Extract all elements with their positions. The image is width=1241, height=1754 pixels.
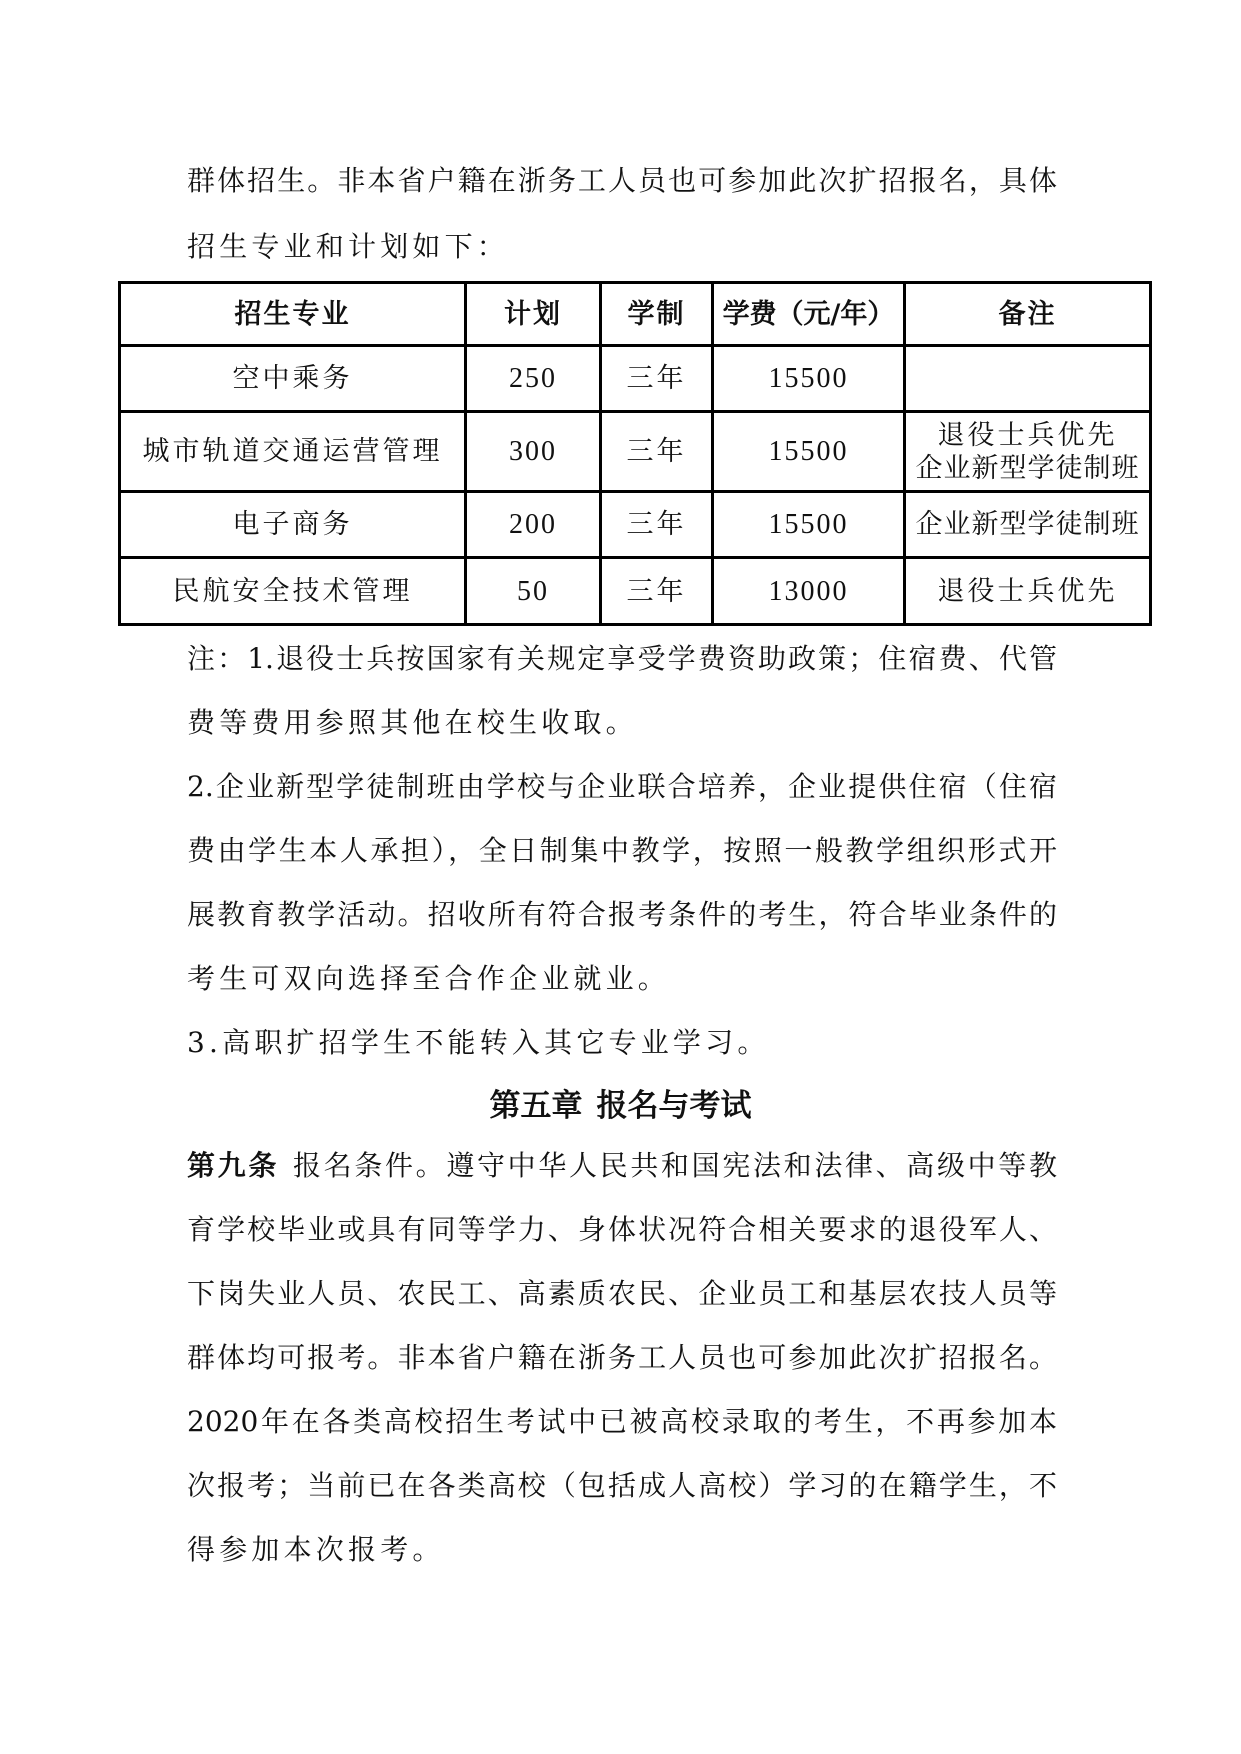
cell-remark [905,346,1151,412]
cell-duration: 三年 [601,558,713,625]
header-duration: 学制 [601,283,713,346]
note-2-line-3: 展教育教学活动。招收所有符合报考条件的考生，符合毕业条件的 [187,897,1057,933]
remark-line: 退役士兵优先 [906,575,1149,608]
article-9-line-6: 次报考；当前已在各类高校（包括成人高校）学习的在籍学生，不 [187,1468,1057,1504]
cell-duration: 三年 [601,412,713,492]
cell-fee: 15500 [713,412,905,492]
header-fee: 学费（元/年） [713,283,905,346]
cell-duration: 三年 [601,346,713,412]
article-9-line-1: 第九条报名条件。遵守中华人民共和国宪法和法律、高级中等教 [187,1148,1057,1184]
cell-major: 空中乘务 [120,346,466,412]
cell-plan: 50 [466,558,601,625]
cell-plan: 300 [466,412,601,492]
chapter-number: 第五章 [490,1088,583,1124]
cell-duration: 三年 [601,492,713,558]
remark-line: 退役士兵优先 [906,419,1149,452]
note-1-line-2: 费等费用参照其他在校生收取。 [187,705,1057,741]
cell-fee: 15500 [713,492,905,558]
table-row: 空中乘务 250 三年 15500 [120,346,1151,412]
note-2-line-4: 考生可双向选择至合作企业就业。 [187,961,1057,997]
note-1-line-1: 注：1.退役士兵按国家有关规定享受学费资助政策；住宿费、代管 [187,641,1057,677]
note-2-line-2: 费由学生本人承担），全日制集中教学，按照一般教学组织形式开 [187,833,1057,869]
article-9-line-7: 得参加本次报考。 [187,1532,1057,1568]
note-2-line-1: 2.企业新型学徒制班由学校与企业联合培养，企业提供住宿（住宿 [187,769,1057,805]
article-9-line-2: 育学校毕业或具有同等学力、身体状况符合相关要求的退役军人、 [187,1212,1057,1248]
cell-fee: 13000 [713,558,905,625]
header-remark: 备注 [905,283,1151,346]
table-row: 城市轨道交通运营管理 300 三年 15500 退役士兵优先 企业新型学徒制班 [120,412,1151,492]
article-9-line-4: 群体均可报考。非本省户籍在浙务工人员也可参加此次扩招报名。 [187,1340,1057,1376]
enrollment-plan-table: 招生专业 计划 学制 学费（元/年） 备注 空中乘务 250 三年 15500 … [118,281,1152,626]
cell-remark: 退役士兵优先 [905,558,1151,625]
cell-plan: 250 [466,346,601,412]
cell-plan: 200 [466,492,601,558]
cell-major: 电子商务 [120,492,466,558]
intro-line-2: 招生专业和计划如下： [187,229,1057,265]
remark-line: 企业新型学徒制班 [906,452,1149,485]
remark-line: 企业新型学徒制班 [906,508,1149,541]
cell-fee: 15500 [713,346,905,412]
article-9-line-5: 2020年在各类高校招生考试中已被高校录取的考生，不再参加本 [187,1404,1057,1440]
header-plan: 计划 [466,283,601,346]
article-9-text-1: 报名条件。遵守中华人民共和国宪法和法律、高级中等教 [293,1149,1057,1182]
table-row: 电子商务 200 三年 15500 企业新型学徒制班 [120,492,1151,558]
header-major: 招生专业 [120,283,466,346]
cell-remark: 退役士兵优先 企业新型学徒制班 [905,412,1151,492]
table-header-row: 招生专业 计划 学制 学费（元/年） 备注 [120,283,1151,346]
chapter-title: 报名与考试 [597,1088,752,1124]
intro-line-1: 群体招生。非本省户籍在浙务工人员也可参加此次扩招报名，具体 [187,163,1057,199]
article-label: 第九条 [187,1149,279,1182]
cell-major: 城市轨道交通运营管理 [120,412,466,492]
cell-major: 民航安全技术管理 [120,558,466,625]
table-row: 民航安全技术管理 50 三年 13000 退役士兵优先 [120,558,1151,625]
cell-remark: 企业新型学徒制班 [905,492,1151,558]
article-9-line-3: 下岗失业人员、农民工、高素质农民、企业员工和基层农技人员等 [187,1276,1057,1312]
chapter-heading: 第五章报名与考试 [0,1086,1241,1126]
note-3-line-1: 3.高职扩招学生不能转入其它专业学习。 [187,1025,1057,1061]
